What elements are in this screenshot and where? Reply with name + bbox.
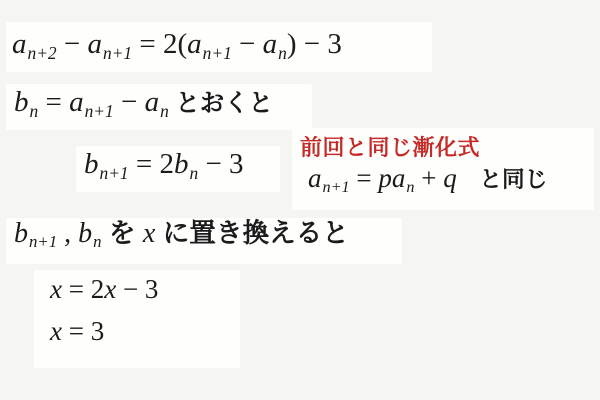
math-subscript: n (30, 101, 39, 121)
math-variable: pa (378, 163, 405, 193)
math-variable: b (84, 148, 99, 180)
eq-recurrence-difference: an+2 − an+1 = 2(an+1 − an) − 3 (12, 28, 342, 63)
math-subscript: n (160, 101, 169, 121)
math-variable: x (50, 316, 62, 346)
eq-replace-with-x: bn+1 , bn を x に置き換えると (14, 218, 349, 252)
annotation-same-recurrence: 前回と同じ漸化式 (300, 131, 480, 162)
math-subscript: n+1 (29, 232, 57, 251)
eq-b-recurrence: bn+1 = 2bn − 3 (84, 148, 244, 183)
eq-substitution-definition: bn = an+1 − an とおくと (14, 86, 273, 121)
math-operator: = (350, 163, 379, 193)
math-variable: a (145, 86, 160, 118)
math-subscript: n+1 (85, 101, 114, 121)
math-subscript: n+1 (103, 43, 132, 63)
math-variable: b (174, 148, 189, 180)
math-variable: b (14, 218, 28, 249)
math-variable: x (143, 218, 155, 249)
math-operator: , (57, 218, 78, 249)
math-variable: a (263, 28, 278, 60)
jp-text: とおくと (169, 90, 273, 117)
math-operator: ) − 3 (287, 28, 342, 60)
eq-solution: x = 3 (50, 316, 104, 346)
math-operator: = 3 (62, 316, 104, 346)
math-operator: = (38, 86, 69, 118)
math-variable: a (12, 28, 27, 60)
math-operator: = 2 (62, 274, 104, 304)
math-variable: a (88, 28, 103, 60)
math-variable: q (443, 163, 457, 193)
math-operator: − 3 (198, 148, 243, 180)
eq-characteristic: x = 2x − 3 (50, 274, 158, 304)
jp-text: と同じ (457, 166, 548, 192)
math-operator: − 3 (116, 274, 158, 304)
math-variable: b (78, 218, 92, 249)
eq-general-form: an+1 = pan + q と同じ (308, 163, 547, 196)
math-variable: b (14, 86, 29, 118)
math-operator: − (114, 86, 145, 118)
math-operator: = 2( (132, 28, 187, 60)
math-subscript: n+2 (28, 43, 57, 63)
math-subscript: n (93, 232, 101, 251)
math-operator: − (232, 28, 263, 60)
math-variable: a (187, 28, 202, 60)
math-variable: a (69, 86, 84, 118)
jp-text: を (102, 218, 143, 248)
math-variable: x (50, 274, 62, 304)
math-variable: x (104, 274, 116, 304)
math-subscript: n+1 (323, 178, 350, 196)
math-operator: − (57, 28, 88, 60)
jp-text: に置き換えると (155, 218, 349, 248)
math-subscript: n (190, 163, 199, 183)
math-operator: = 2 (129, 148, 174, 180)
math-operator: + (414, 163, 443, 193)
math-lesson-slide: an+2 − an+1 = 2(an+1 − an) − 3 bn = an+1… (0, 0, 600, 400)
math-subscript: n+1 (100, 163, 129, 183)
math-variable: a (308, 163, 322, 193)
math-subscript: n+1 (203, 43, 232, 63)
math-subscript: n (278, 43, 287, 63)
